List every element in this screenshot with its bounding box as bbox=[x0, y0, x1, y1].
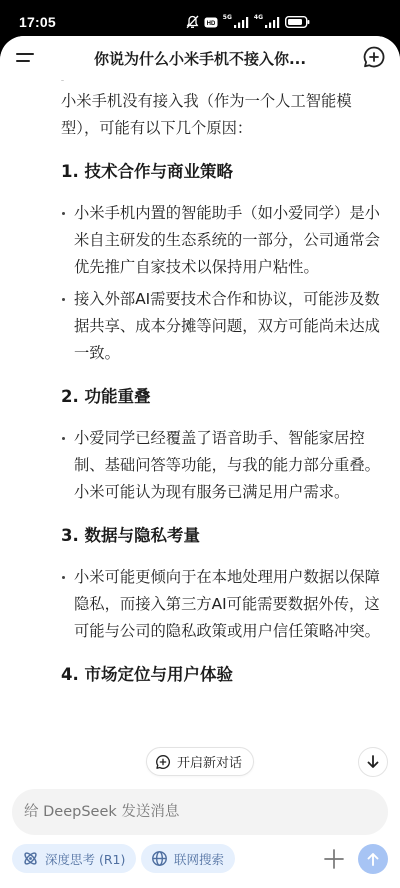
scroll-marker bbox=[61, 80, 64, 81]
net-4g-label: 4G bbox=[254, 15, 263, 21]
bullet-list: 小爱同学已经覆盖了语音助手、智能家居控制、基础问答等功能，与我的能力部分重叠。小… bbox=[61, 425, 380, 506]
net-5g-label: 5G bbox=[223, 15, 232, 21]
signal-5g-icon bbox=[234, 17, 249, 28]
new-chat-button[interactable] bbox=[362, 45, 386, 69]
arrow-up-icon bbox=[365, 851, 381, 867]
bullet-list: 小米可能更倾向于在本地处理用户数据以保障隐私，而接入第三方AI可能需要数据外传，… bbox=[61, 564, 380, 645]
bell-off-icon bbox=[186, 15, 199, 29]
signal-4g-icon bbox=[265, 17, 280, 28]
status-icons: HD 5G 4G bbox=[186, 14, 310, 30]
plus-icon bbox=[322, 847, 346, 871]
section-heading: 3. 数据与隐私考量 bbox=[61, 522, 380, 549]
status-bar: 17:05 HD 5G 4G bbox=[0, 0, 400, 38]
bullet-item: 小米手机内置的智能助手（如小爱同学）是小米自主研发的生态系统的一部分，公司通常会… bbox=[61, 200, 380, 281]
bullet-item: 小米可能更倾向于在本地处理用户数据以保障隐私，而接入第三方AI可能需要数据外传，… bbox=[61, 564, 380, 645]
conversation-title[interactable]: 你说为什么小米手机不接入你... bbox=[60, 48, 340, 69]
message-intro: 小米手机没有接入我（作为一个人工智能模型），可能有以下几个原因： bbox=[61, 88, 380, 142]
battery-icon bbox=[285, 16, 310, 28]
bullet-list: 小米手机内置的智能助手（如小爱同学）是小米自主研发的生态系统的一部分，公司通常会… bbox=[61, 200, 380, 367]
menu-icon-line bbox=[16, 60, 30, 62]
menu-button[interactable] bbox=[14, 47, 38, 69]
arrow-down-icon bbox=[365, 754, 381, 770]
message-input[interactable] bbox=[24, 789, 374, 835]
send-button[interactable] bbox=[358, 844, 388, 874]
attach-button[interactable] bbox=[322, 847, 346, 871]
bullet-item: 小爱同学已经覆盖了语音助手、智能家居控制、基础问答等功能，与我的能力部分重叠。小… bbox=[61, 425, 380, 506]
menu-icon bbox=[16, 53, 34, 55]
web-search-label: 联网搜索 bbox=[174, 850, 224, 868]
scroll-to-bottom-button[interactable] bbox=[358, 747, 388, 777]
new-chat-icon bbox=[362, 45, 386, 69]
section-heading: 2. 功能重叠 bbox=[61, 383, 380, 410]
message-scroll-area[interactable]: 小米手机没有接入我（作为一个人工智能模型），可能有以下几个原因： 1. 技术合作… bbox=[0, 80, 400, 780]
svg-text:HD: HD bbox=[206, 21, 215, 27]
section-heading: 1. 技术合作与商业策略 bbox=[61, 158, 380, 185]
deep-think-toggle[interactable]: 深度思考 (R1) bbox=[12, 844, 136, 873]
globe-icon bbox=[151, 850, 168, 867]
section-heading: 4. 市场定位与用户体验 bbox=[61, 661, 380, 688]
message-composer bbox=[12, 789, 388, 835]
new-conversation-label: 开启新对话 bbox=[177, 752, 242, 771]
new-conversation-button[interactable]: 开启新对话 bbox=[146, 747, 254, 776]
web-search-toggle[interactable]: 联网搜索 bbox=[141, 844, 235, 873]
chat-header: 你说为什么小米手机不接入你... bbox=[0, 36, 400, 80]
status-time: 17:05 bbox=[19, 14, 56, 30]
new-chat-icon bbox=[155, 754, 171, 770]
atom-icon bbox=[22, 850, 39, 867]
bullet-item: 接入外部AI需要技术合作和协议，可能涉及数据共享、成本分摊等问题，双方可能尚未达… bbox=[61, 286, 380, 367]
hd-icon: HD bbox=[204, 17, 218, 28]
deep-think-label: 深度思考 (R1) bbox=[45, 850, 125, 868]
assistant-message: 小米手机没有接入我（作为一个人工智能模型），可能有以下几个原因： 1. 技术合作… bbox=[61, 88, 380, 703]
chat-app: 你说为什么小米手机不接入你... 小米手机没有接入我（作为一个人工智能模型），可… bbox=[0, 36, 400, 888]
